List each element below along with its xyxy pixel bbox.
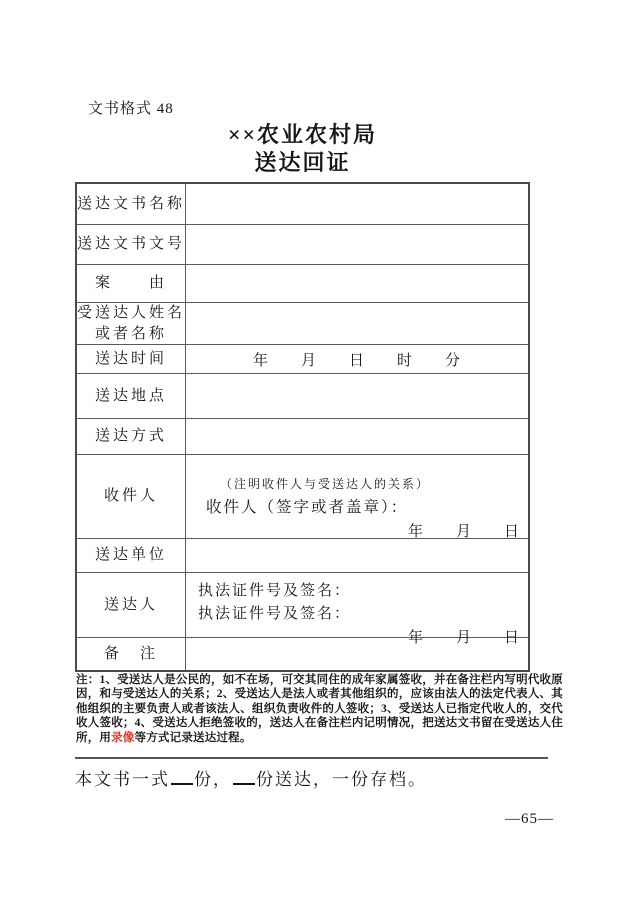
document-page: 文书格式 48 ××农业农村局 送达回证 送达文书名称 送达文书文号 案 由 受…	[0, 0, 635, 898]
copies-statement: 本文书一式份，份送达，一份存档。	[75, 765, 427, 790]
table-row-doc-name: 送达文书名称	[77, 184, 528, 225]
row-value-empty	[186, 374, 528, 418]
table-row-addressee-name: 受送达人姓名 或者名称	[77, 303, 528, 345]
copies-text-1: 本文书一式	[75, 770, 170, 789]
note-text-after: 等方式记录送达过程。	[135, 732, 252, 744]
table-row-delivery-method: 送达方式	[77, 419, 528, 455]
row-value-recipient: （注明收件人与受送达人的关系） 收件人（签字或者盖章）： 年 月 日	[186, 455, 528, 538]
row-label: 收件人	[77, 455, 186, 538]
footer-divider-line	[75, 757, 548, 759]
doc-format-label: 文书格式 48	[88, 97, 174, 118]
copies-text-2: 份，	[194, 770, 232, 789]
recipient-signature-line: 收件人（签字或者盖章）：	[206, 495, 528, 517]
row-label: 送达人	[77, 573, 186, 637]
row-label: 送达时间	[77, 345, 186, 373]
row-value-empty	[186, 265, 528, 302]
row-value-deliverer: 执法证件号及签名： 执法证件号及签名： 年 月 日	[186, 573, 528, 637]
row-label: 备 注	[77, 638, 186, 670]
table-row-doc-number: 送达文书文号	[77, 225, 528, 265]
row-value-empty	[186, 419, 528, 454]
copies-blank-field-1	[171, 768, 193, 785]
row-label: 送达地点	[77, 374, 186, 418]
row-label: 送达文书名称	[77, 184, 186, 224]
table-row-delivery-place: 送达地点	[77, 374, 528, 419]
doc-title-form-name: 送达回证	[75, 149, 530, 177]
doc-title: ××农业农村局 送达回证	[75, 121, 530, 177]
page-number: —65—	[505, 811, 554, 828]
row-value-empty	[186, 225, 528, 264]
row-label: 案 由	[77, 265, 186, 302]
row-label: 送达文书文号	[77, 225, 186, 264]
note-highlight-video-recording: 录像	[111, 732, 134, 744]
table-row-remarks: 备 注	[77, 638, 528, 670]
deliverer-cert-sign-line-2: 执法证件号及签名：	[198, 602, 528, 623]
recipient-relation-note: （注明收件人与受送达人的关系）	[220, 475, 528, 492]
table-row-recipient: 收件人 （注明收件人与受送达人的关系） 收件人（签字或者盖章）： 年 月 日	[77, 455, 528, 539]
deliverer-cert-sign-line-1: 执法证件号及签名：	[198, 579, 528, 600]
doc-title-org: ××农业农村局	[75, 121, 530, 149]
row-value-date-placeholder: 年 月 日 时 分	[186, 345, 528, 373]
table-row-cause: 案 由	[77, 265, 528, 303]
row-value-empty	[186, 638, 528, 670]
row-value-empty	[186, 184, 528, 224]
copies-text-3: 份送达，一份存档。	[256, 770, 427, 789]
recipient-date-line: 年 月 日	[186, 520, 528, 541]
row-value-empty	[186, 539, 528, 572]
row-label: 受送达人姓名 或者名称	[77, 303, 186, 344]
row-value-empty	[186, 303, 528, 344]
service-receipt-form-table: 送达文书名称 送达文书文号 案 由 受送达人姓名 或者名称 送达时间 年 月 日…	[75, 182, 530, 672]
row-label: 送达方式	[77, 419, 186, 454]
table-row-delivery-time: 送达时间 年 月 日 时 分	[77, 345, 528, 374]
copies-blank-field-2	[233, 768, 255, 785]
instructions-note: 注：1、受送达人是公民的，如不在场，可交其同住的成年家属签收，并在备注栏内写明代…	[76, 673, 563, 745]
row-label: 送达单位	[77, 539, 186, 572]
table-row-delivery-unit: 送达单位	[77, 539, 528, 573]
table-row-deliverer: 送达人 执法证件号及签名： 执法证件号及签名： 年 月 日	[77, 573, 528, 638]
